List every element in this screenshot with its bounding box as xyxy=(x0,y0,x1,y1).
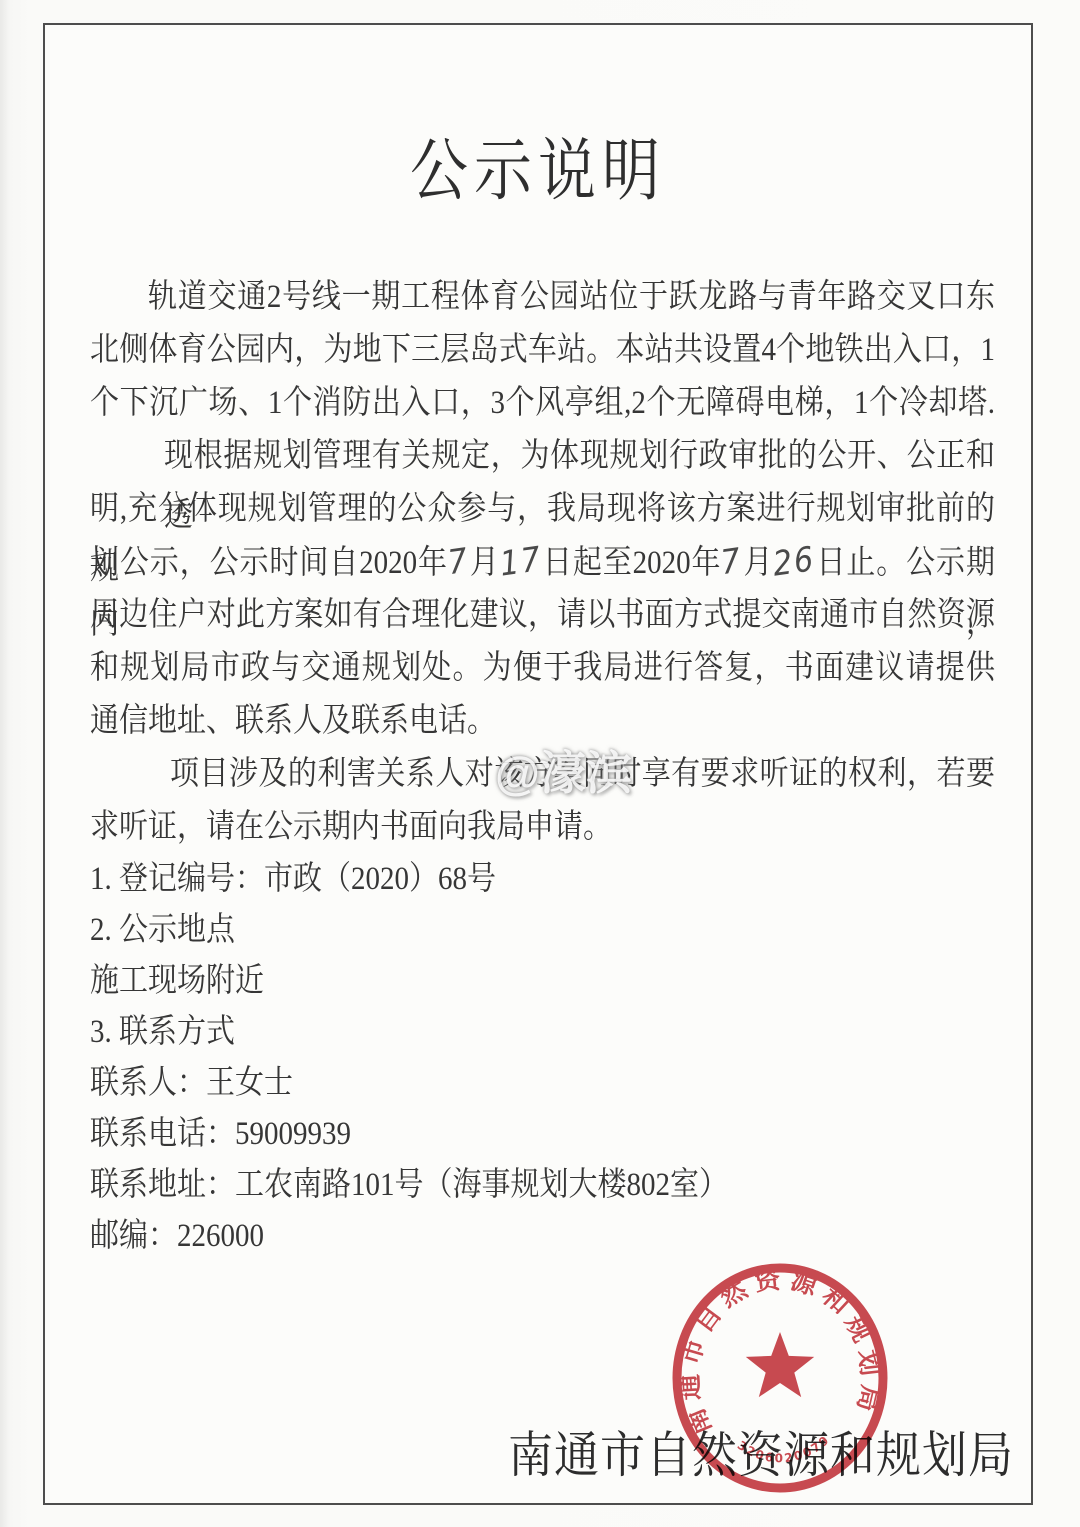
paragraph1-line1: 轨道交通2号线一期工程体育公园站位于跃龙路与青年路交叉口东 xyxy=(90,267,995,327)
contact-person-line: 联系人：王女士 xyxy=(90,1054,995,1112)
notice-period-segment: 划公示，公示时间自2020年 xyxy=(90,545,448,581)
document-border-frame: 公示说明 轨道交通2号线一期工程体育公园站位于跃龙路与青年路交叉口东 北侧体育公… xyxy=(43,23,1033,1505)
notice-period-segment: 月 xyxy=(469,545,500,581)
handwritten-start-month: 7 xyxy=(445,531,472,593)
contact-address-line: 联系地址：工农南路101号（海事规划大楼802室） xyxy=(90,1156,995,1214)
registration-number-line: 1. 登记编号：市政（2020）68号 xyxy=(90,850,995,908)
notice-period-line: 划公示，公示时间自2020年7月17日起至2020年7月26日止。公示期内， xyxy=(90,532,995,592)
paragraph3-line2: 求听证，请在公示期内书面向我局申请。 xyxy=(90,797,995,857)
document-body: 轨道交通2号线一期工程体育公园站位于跃龙路与青年路交叉口东 北侧体育公园内，为地… xyxy=(90,271,995,1262)
contact-heading-line: 3. 联系方式 xyxy=(90,1003,995,1061)
document-title: 公示说明 xyxy=(45,115,1031,214)
paragraph2-line4: 周边住户对此方案如有合理化建议，请以书面方式提交南通市自然资源 xyxy=(90,585,995,645)
paragraph2-line5: 和规划局市政与交通规划处。为便于我局进行答复，书面建议请提供 xyxy=(90,638,995,698)
paragraph3-line1: 项目涉及的利害关系人对该方案同时享有要求听证的权利，若要 xyxy=(90,744,995,804)
notice-location-heading-line: 2. 公示地点 xyxy=(90,901,995,959)
notice-location-value-line: 施工现场附近 xyxy=(90,952,995,1010)
handwritten-end-month: 7 xyxy=(718,531,745,593)
paragraph2-line6: 通信地址、联系人及联系电话。 xyxy=(90,691,995,751)
paragraph2-line1: 现根据规划管理有关规定，为体现规划行政审批的公开、公正和透 xyxy=(90,426,995,486)
seal-star-icon xyxy=(746,1332,814,1397)
contact-phone-line: 联系电话：59009939 xyxy=(90,1105,995,1163)
notice-period-segment: 月 xyxy=(743,545,774,581)
official-red-seal: 南通市自然资源和规划局 3206020079 xyxy=(660,1253,900,1503)
seal-number: 3206020079 xyxy=(735,1432,833,1465)
notice-period-segment: 日起至2020年 xyxy=(542,545,721,581)
paragraph1-line3: 个下沉广场、1个消防出入口，3个风亭组,2个无障碍电梯，1个冷却塔. xyxy=(90,373,995,433)
seal-number-text-arc: 3206020079 xyxy=(735,1432,833,1465)
paragraph2-line2: 明,充分体现规划管理的公众参与，我局现将该方案进行规划审批前的规 xyxy=(90,479,995,539)
scanned-notice-photo: { "doc": { "title": "公示说明", "watermark":… xyxy=(0,0,1080,1527)
paragraph1-line2: 北侧体育公园内，为地下三层岛式车站。本站共设置4个地铁出入口，1 xyxy=(90,320,995,380)
